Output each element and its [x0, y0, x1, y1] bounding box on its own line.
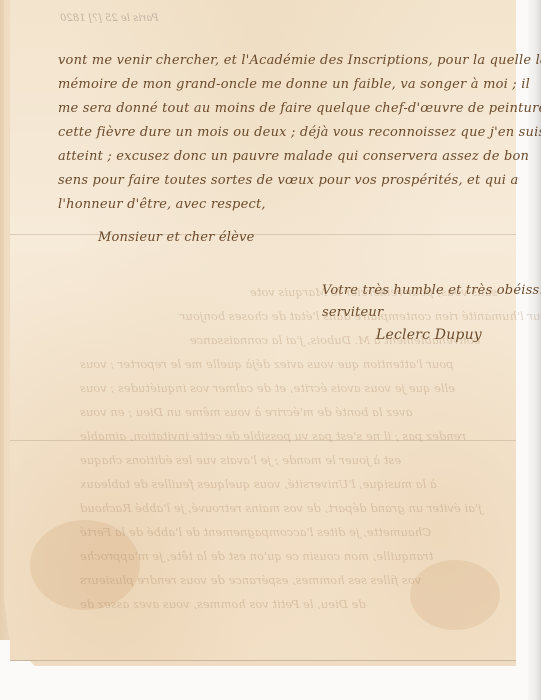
- fold-line: [10, 234, 516, 235]
- salutation: Monsieur et cher élève: [98, 230, 254, 245]
- bleedthrough-line: rendez pas ; il ne s'est pas vu possible…: [80, 429, 466, 443]
- bleedthrough-line: est à jouer le monde ; je l'avais vue le…: [80, 453, 401, 467]
- body-line: atteint ; excusez donc un pauvre malade …: [58, 149, 529, 164]
- body-line: l'honneur d'être, avec respect,: [58, 197, 266, 212]
- bleedthrough-line: vos filles ses hommes, espérance de vous…: [80, 573, 421, 587]
- bleedthrough-line: convenablement à M. Dubois, j'ai la conn…: [190, 333, 480, 347]
- bleedthrough-line: elle que je vous avois écrite, et de cal…: [80, 381, 455, 395]
- water-stain: [410, 560, 500, 630]
- header-bleedthrough: Paris le 25 [?] 1820: [60, 13, 159, 24]
- bleedthrough-line: à la musique, l'Université, vous quelque…: [80, 477, 437, 491]
- body-line: me sera donné tout au moins de faire que…: [58, 101, 541, 116]
- bleedthrough-line: tranquille, mon cousin ce qu'on est de l…: [80, 549, 433, 563]
- bleedthrough-line: pour l'humanité rien contemplaire dans l…: [180, 309, 541, 323]
- body-line: cette fièvre dure un mois ou deux ; déjà…: [58, 125, 541, 140]
- bleedthrough-line: Chaumette, je dites l'accompagnement de …: [80, 525, 431, 539]
- body-line: sens pour faire toutes sortes de vœux po…: [58, 173, 518, 188]
- bleedthrough-line: sans vous, pour remercier le Marquis vot…: [250, 285, 497, 299]
- bleedthrough-line: j'ai éviter un grand départ, de vos main…: [80, 501, 482, 515]
- bleedthrough-line: de Dieu, le Petit vos hommes, vous avez …: [80, 597, 366, 611]
- body-line: mémoire de mon grand-oncle me donne un f…: [58, 77, 530, 92]
- body-line: vont me venir chercher, et l'Académie de…: [58, 53, 541, 68]
- bleedthrough-line: pour l'attention que vous aviez déjà que…: [80, 357, 454, 371]
- bleedthrough-line: avez la bonté de m'écrire à vous même un…: [80, 405, 412, 419]
